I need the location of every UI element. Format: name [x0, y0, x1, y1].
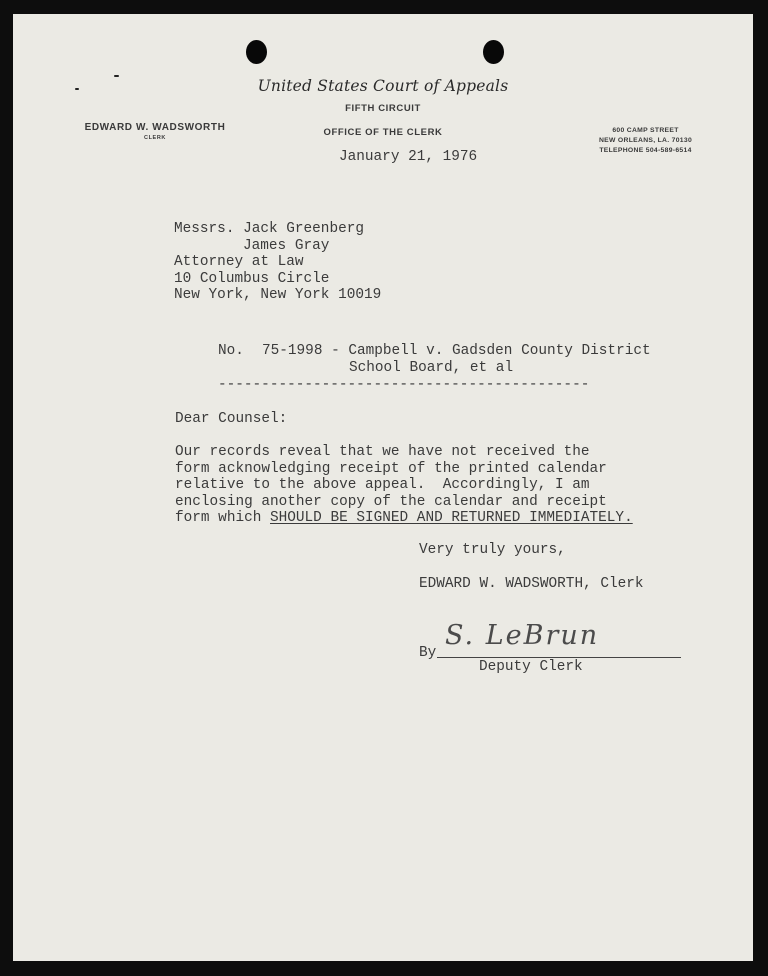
clerk-title: CLERK [75, 135, 235, 141]
street-address: 600 CAMP STREET [578, 126, 713, 136]
body-line-prefix: form which [175, 510, 270, 526]
punch-hole-right [483, 40, 504, 64]
addressee-block: Messrs. Jack Greenberg James Gray Attorn… [174, 221, 381, 304]
telephone: TELEPHONE 504-589-6514 [578, 146, 713, 156]
court-name: United States Court of Appeals [213, 77, 553, 95]
ink-speck [114, 75, 119, 77]
addressee-line: Attorney at Law [174, 254, 381, 271]
punch-hole-left [246, 40, 267, 64]
addressee-line: 10 Columbus Circle [174, 271, 381, 288]
circuit-label: FIFTH CIRCUIT [283, 103, 483, 114]
body-line: form which SHOULD BE SIGNED AND RETURNED… [175, 510, 633, 527]
addressee-line: Messrs. Jack Greenberg [174, 221, 381, 238]
body-line: Our records reveal that we have not rece… [175, 444, 633, 461]
city-address: NEW ORLEANS, LA. 70130 [578, 136, 713, 146]
letterhead: United States Court of Appeals [213, 77, 553, 95]
body-line: relative to the above appeal. Accordingl… [175, 477, 633, 494]
case-caption-line1: 75-1998 - Campbell v. Gadsden County Dis… [262, 343, 651, 360]
salutation: Dear Counsel: [175, 411, 287, 428]
case-caption-line2: School Board, et al [218, 360, 651, 377]
signer-title: Deputy Clerk [479, 659, 583, 676]
addressee-line: New York, New York 10019 [174, 287, 381, 304]
case-separator: ----------------------------------------… [218, 377, 651, 394]
valediction: Very truly yours, [419, 542, 566, 559]
by-label: By [419, 645, 436, 662]
address-block: 600 CAMP STREET NEW ORLEANS, LA. 70130 T… [578, 126, 713, 156]
clerk-name: EDWARD W. WADSWORTH [75, 122, 235, 133]
signatory-name: EDWARD W. WADSWORTH, Clerk [419, 576, 644, 593]
body-line: form acknowledging receipt of the printe… [175, 461, 633, 478]
letter-page: United States Court of Appeals FIFTH CIR… [13, 14, 753, 961]
letter-date: January 21, 1976 [339, 149, 477, 166]
body-line: enclosing another copy of the calendar a… [175, 494, 633, 511]
signature-line [437, 657, 681, 658]
letter-body: Our records reveal that we have not rece… [175, 444, 633, 527]
office-label: OFFICE OF THE CLERK [283, 127, 483, 138]
case-number-prefix: No. [218, 343, 262, 360]
clerk-block: EDWARD W. WADSWORTH CLERK [75, 122, 235, 141]
emphasized-instruction: SHOULD BE SIGNED AND RETURNED IMMEDIATEL… [270, 510, 633, 526]
handwritten-signature: S. LeBrun [445, 620, 599, 651]
case-reference: No. 75-1998 - Campbell v. Gadsden County… [218, 343, 651, 394]
ink-speck [75, 88, 79, 90]
addressee-line: James Gray [174, 238, 381, 255]
